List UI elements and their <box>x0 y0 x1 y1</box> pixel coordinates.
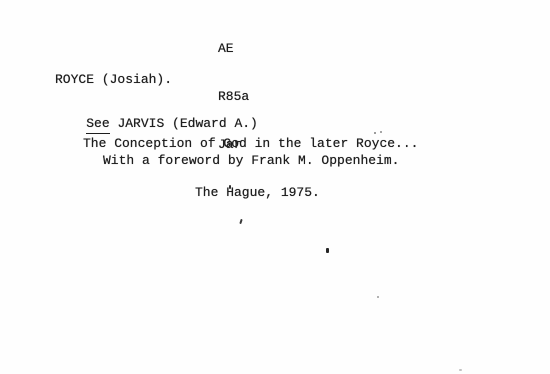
ink-speck <box>326 248 329 253</box>
call-number-line-1: AE <box>218 41 249 57</box>
ink-speck <box>459 369 462 371</box>
ink-speck <box>239 219 242 224</box>
ink-speck <box>377 296 379 298</box>
author-heading: ROYCE (Josiah). <box>55 72 172 88</box>
ink-speck <box>380 131 382 133</box>
imprint: The Hague, 1975. <box>195 185 320 201</box>
see-label: See <box>86 116 109 134</box>
see-reference-target: JARVIS (Edward A.) <box>117 116 257 131</box>
ink-speck <box>374 132 376 134</box>
ink-speck <box>229 185 231 189</box>
work-subtitle: With a foreword by Frank M. Oppenheim. <box>103 153 399 169</box>
catalog-card: AE R85a Jar ROYCE (Josiah). See JARVIS (… <box>0 0 550 374</box>
work-title: The Conception of God in the later Royce… <box>83 136 418 152</box>
